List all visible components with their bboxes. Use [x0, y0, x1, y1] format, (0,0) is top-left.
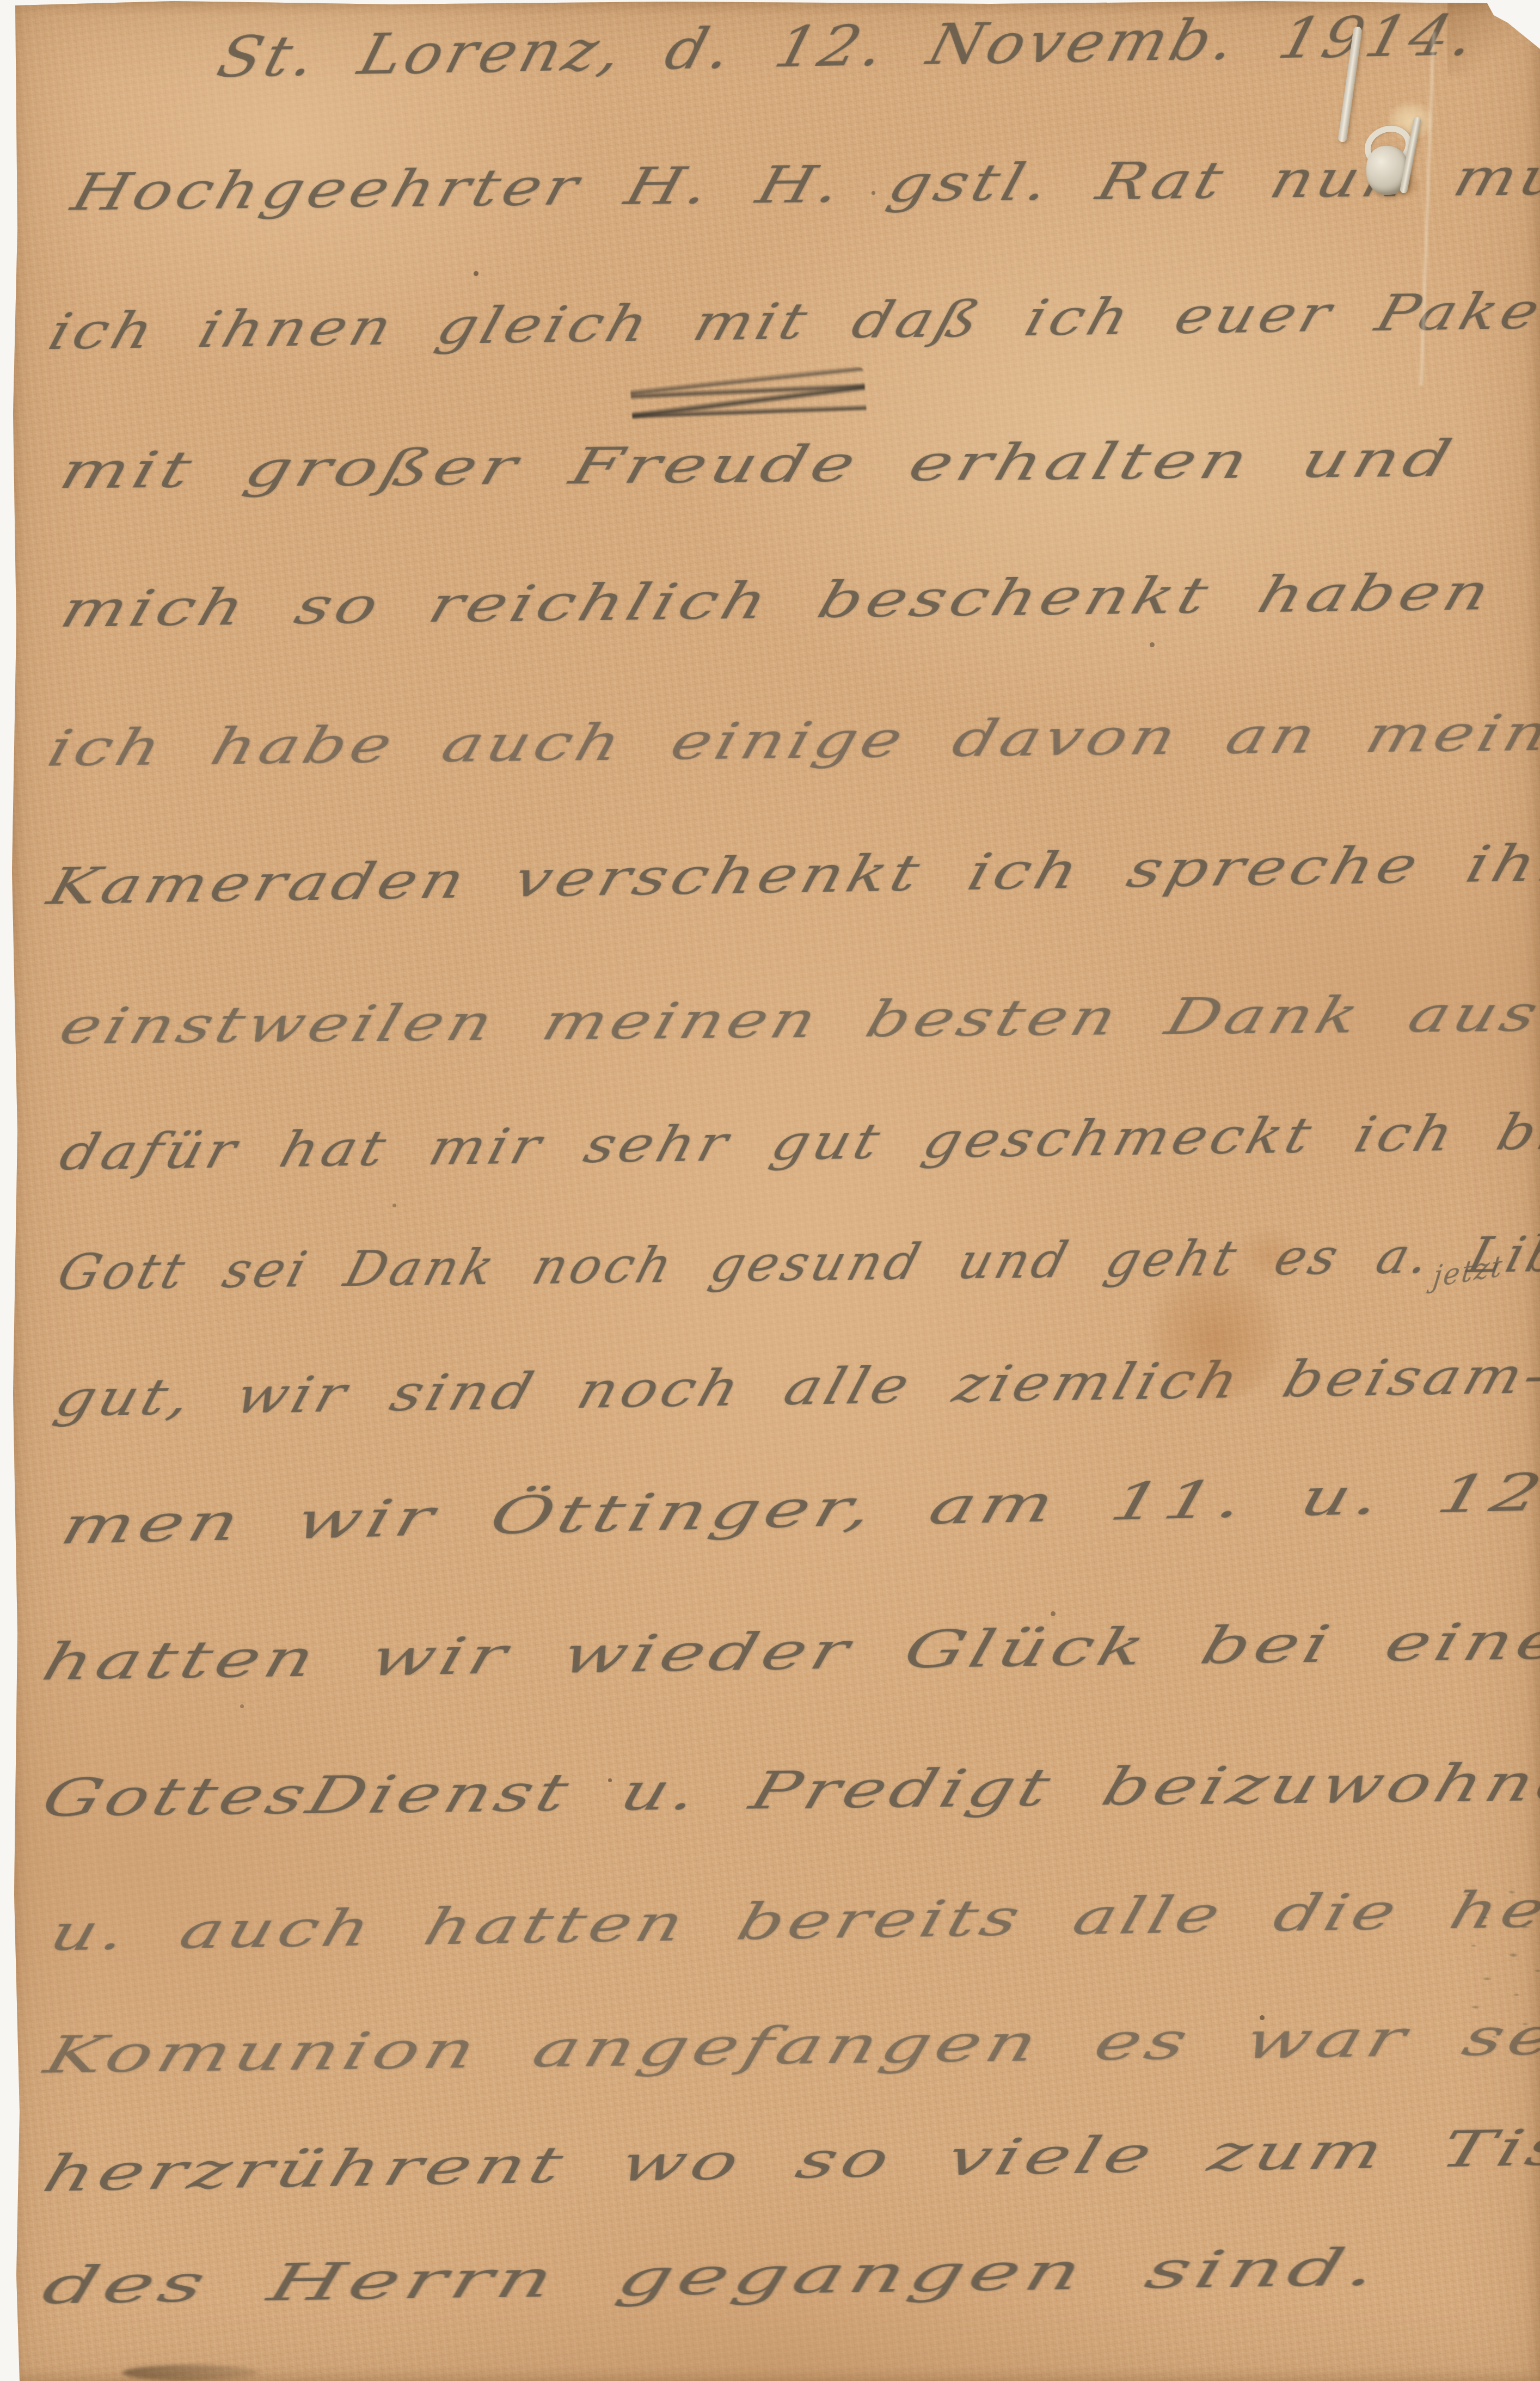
letter-line-8: dafür hat mir sehr gut geschmeckt ich bi…	[54, 1103, 1540, 1182]
letter-line-2: ich ihnen gleich mit daß ich euer Paket	[42, 281, 1540, 361]
speck-patch	[1447, 1876, 1540, 2061]
letter-line-9: Gott sei Dank noch gesund und geht es a.…	[51, 1226, 1540, 1302]
letter-line-11: men wir Öttinger, am 11. u. 12. Novem	[54, 1455, 1540, 1556]
letter-line-1: Hochgeehrter H. H. gstl. Rat nun muß	[65, 147, 1540, 223]
letter-line-15: Komunion angefangen es war sehr	[38, 2006, 1540, 2085]
rust-stain-small	[1234, 1226, 1304, 1286]
dark-specks	[11, 0, 14, 3]
letter-line-3: mit großer Freude erhalten und	[53, 430, 1462, 501]
strikeout-scribble	[630, 366, 867, 437]
bottom-edge-smudge	[122, 2365, 259, 2381]
scan-background: St. Lorenz, d. 12. Novemb. 1914. Hochgee…	[0, 0, 1540, 2381]
paper: St. Lorenz, d. 12. Novemb. 1914. Hochgee…	[11, 0, 1540, 2381]
dateline: St. Lorenz, d. 12. Novemb. 1914.	[211, 3, 1486, 90]
letter-line-17: des Herrn gegangen sind.	[36, 2238, 1389, 2316]
torn-corner-shadow	[1447, 0, 1540, 76]
letter-line-12: hatten wir wieder Glück bei einem	[36, 1611, 1540, 1692]
letter-line-14: u. auch hatten bereits alle die heilige	[44, 1877, 1540, 1962]
letter-line-5: ich habe auch einige davon an meine	[41, 703, 1540, 778]
letter-line-6: Kameraden verschenkt ich spreche ihnen	[41, 832, 1540, 916]
letter-line-13: GottesDienst u. Predigt beizuwohnen	[35, 1752, 1540, 1828]
letter-line-4: mich so reichlich beschenkt haben	[54, 563, 1501, 639]
letter-line-16: herzrührent wo so viele zum Tische	[37, 2115, 1540, 2203]
letter-line-7: einstweilen meinen besten Dank aus	[53, 984, 1540, 1056]
letter-line-10: gut, wir sind noch alle ziemlich beisam-	[49, 1346, 1540, 1428]
